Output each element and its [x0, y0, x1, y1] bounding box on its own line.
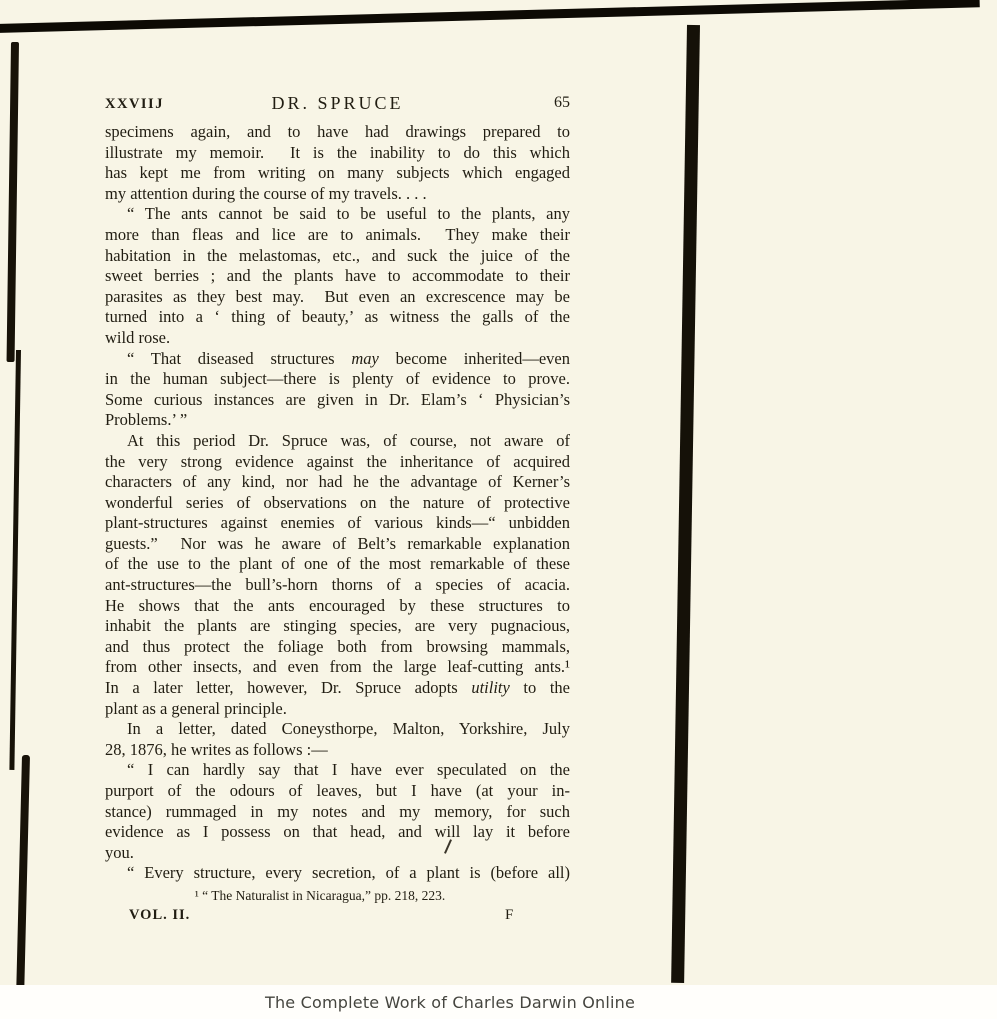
text-line: turned into a ‘ thing of beauty,’ as wit… — [105, 307, 570, 328]
text-line: Some curious instances are given in Dr. … — [105, 390, 570, 411]
text-line: stance) rummaged in my notes and my memo… — [105, 802, 570, 823]
text-line: He shows that the ants encouraged by the… — [105, 596, 570, 617]
text-line: In a letter, dated Coneysthorpe, Malton,… — [105, 719, 570, 740]
text-line: my attention during the course of my tra… — [105, 184, 570, 205]
text-line: plant-structures against enemies of vari… — [105, 513, 570, 534]
page-number: 65 — [554, 94, 570, 112]
text-line: “ I can hardly say that I have ever spec… — [105, 760, 570, 781]
text-line: specimens again, and to have had drawing… — [105, 122, 570, 143]
text-line: wild rose. — [105, 328, 570, 349]
text-line: illustrate my memoir. It is the inabilit… — [105, 143, 570, 164]
scan-edge-artifact-left-lower — [16, 755, 30, 991]
text-line: characters of any kind, nor had he the a… — [105, 472, 570, 493]
text-line: “ Every structure, every secretion, of a… — [105, 863, 570, 884]
text-line: more than fleas and lice are to animals.… — [105, 225, 570, 246]
scan-edge-artifact-left-middle — [9, 350, 21, 770]
page-title: DR. SPRUCE — [105, 93, 570, 114]
text-line: in the human subject—there is plenty of … — [105, 369, 570, 390]
running-head: XXVIIJ DR. SPRUCE 65 — [105, 93, 570, 113]
footnote: ¹ “ The Naturalist in Nicaragua,” pp. 21… — [105, 888, 535, 904]
text-line: In a later letter, however, Dr. Spruce a… — [105, 678, 570, 699]
text-line: inhabit the plants are stinging species,… — [105, 616, 570, 637]
text-line: Problems.’ ” — [105, 410, 570, 431]
text-block: specimens again, and to have had drawing… — [105, 122, 570, 884]
text-line: “ The ants cannot be said to be useful t… — [105, 204, 570, 225]
scan-edge-artifact-right — [671, 25, 700, 983]
text-line: ant-structures—the bull’s-horn thorns of… — [105, 575, 570, 596]
text-line: purport of the odours of leaves, but I h… — [105, 781, 570, 802]
caption-strip: The Complete Work of Charles Darwin Onli… — [0, 985, 997, 1019]
signature-mark: F — [505, 907, 513, 924]
text-line: plant as a general principle. — [105, 699, 570, 720]
text-line: has kept me from writing on many subject… — [105, 163, 570, 184]
scan-edge-artifact-top — [0, 0, 980, 33]
text-line: parasites as they best may. But even an … — [105, 287, 570, 308]
text-line: you. — [105, 843, 570, 864]
text-line: “ That diseased structures may become in… — [105, 349, 570, 370]
text-line: from other insects, and even from the la… — [105, 657, 570, 678]
scan-edge-artifact-left-upper — [7, 42, 19, 362]
text-line: guests.” Nor was he aware of Belt’s rema… — [105, 534, 570, 555]
text-line: At this period Dr. Spruce was, of course… — [105, 431, 570, 452]
text-line: and thus protect the foliage both from b… — [105, 637, 570, 658]
text-line: evidence as I possess on that head, and … — [105, 822, 570, 843]
text-line: 28, 1876, he writes as follows :— — [105, 740, 570, 761]
scanned-book-page: XXVIIJ DR. SPRUCE 65 specimens again, an… — [0, 0, 997, 1019]
site-caption: The Complete Work of Charles Darwin Onli… — [0, 993, 900, 1012]
text-line: sweet berries ; and the plants have to a… — [105, 266, 570, 287]
text-line: of the use to the plant of one of the mo… — [105, 554, 570, 575]
text-line: the very strong evidence against the inh… — [105, 452, 570, 473]
volume-label: VOL. II. — [129, 907, 190, 924]
text-line: wonderful series of observations on the … — [105, 493, 570, 514]
text-line: habitation in the melastomas, etc., and … — [105, 246, 570, 267]
